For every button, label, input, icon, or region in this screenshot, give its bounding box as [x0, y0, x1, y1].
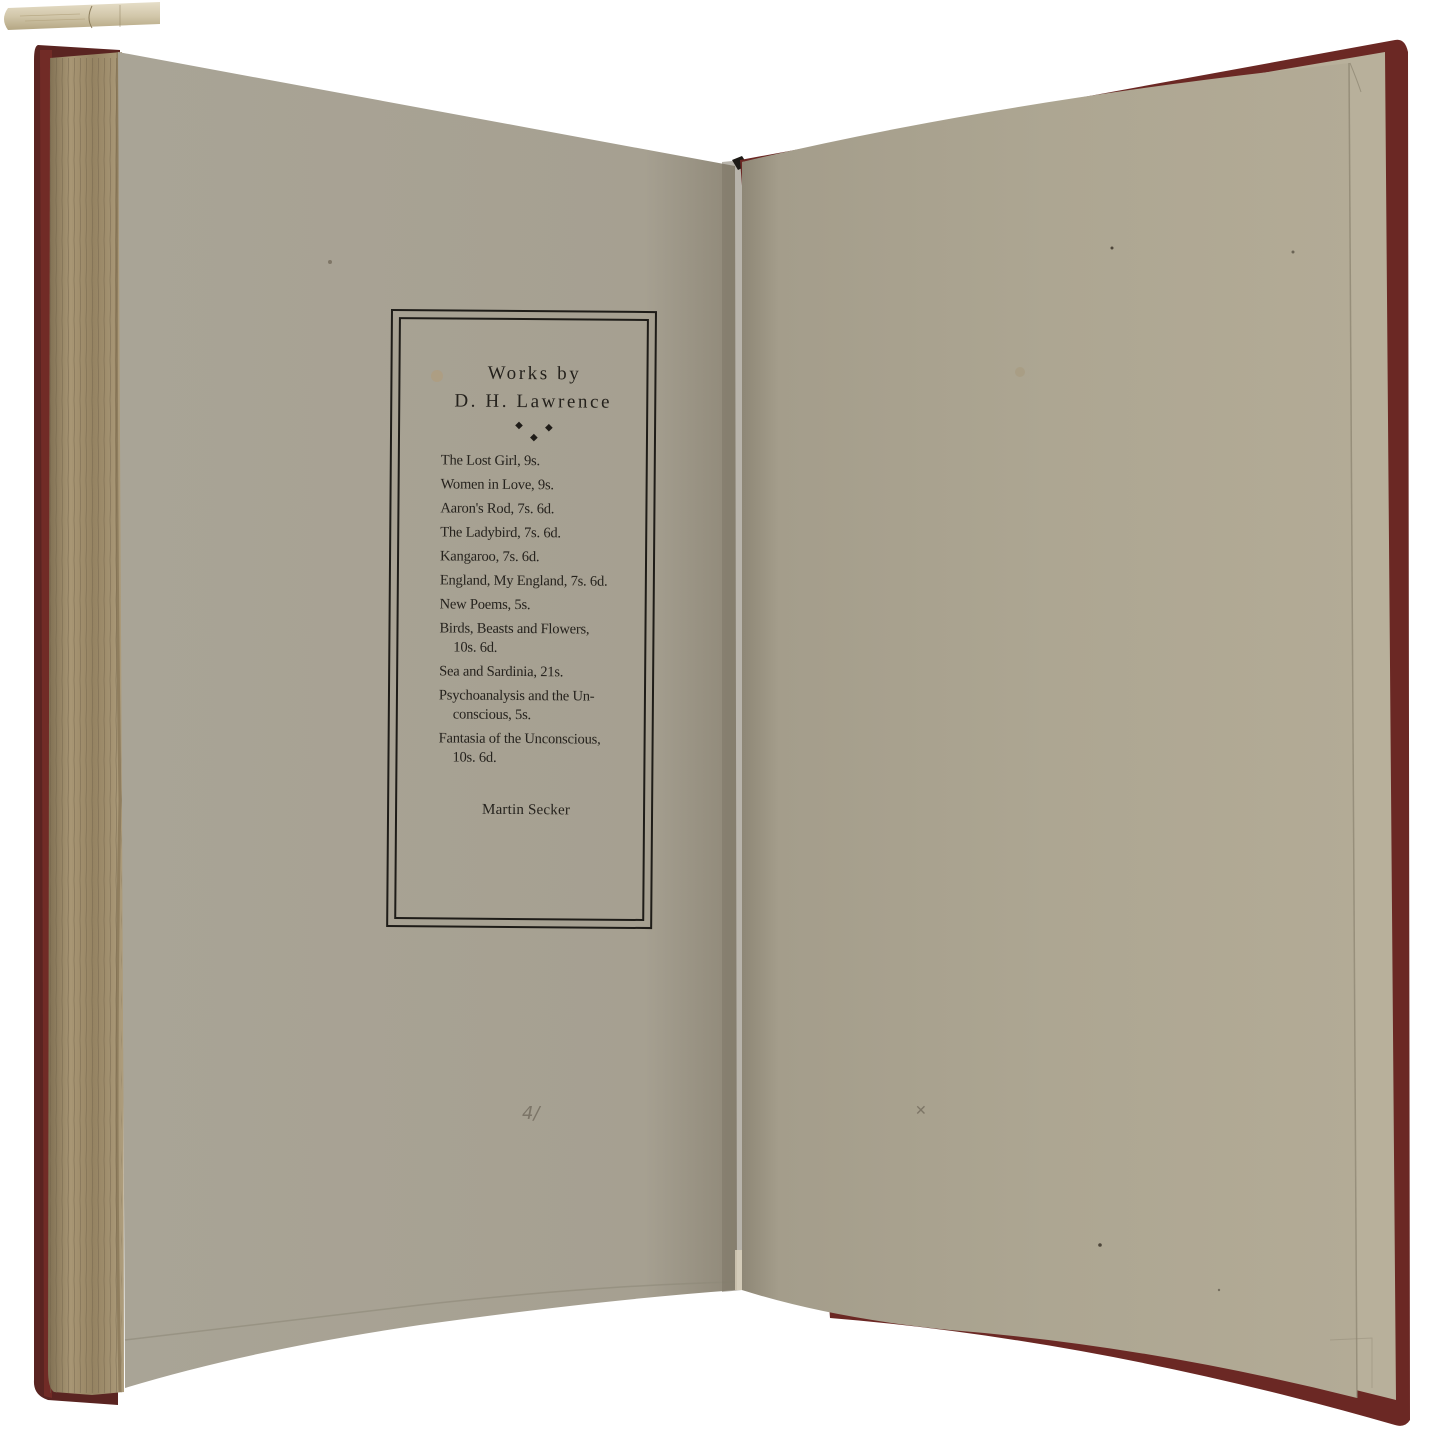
list-item: Kangaroo, 7s. 6d. — [440, 547, 645, 568]
diamond-icon: ◆ — [530, 432, 538, 443]
panel-heading: Works by D. H. Lawrence — [400, 359, 646, 417]
book-illustration — [0, 0, 1445, 1445]
list-item: England, My England, 7s. 6d. — [440, 571, 645, 592]
works-by-panel: Works by D. H. Lawrence ◆ ◆ ◆ The Lost G… — [386, 309, 657, 929]
list-item: Fantasia of the Unconscious,10s. 6d. — [438, 729, 643, 769]
pencil-mark-left: 4/ — [522, 1103, 540, 1124]
wooden-bookmark — [0, 0, 160, 34]
diamond-icon: ◆ — [515, 420, 523, 431]
list-item: Psychoanalysis and the Un-conscious, 5s. — [439, 686, 644, 726]
list-item: New Poems, 5s. — [440, 595, 645, 616]
heading-author: D. H. Lawrence — [400, 387, 646, 417]
list-item: Aaron's Rod, 7s. 6d. — [440, 499, 645, 520]
works-list: The Lost Girl, 9s. Women in Love, 9s. Aa… — [397, 451, 645, 769]
publisher-name: Martin Secker — [397, 801, 643, 820]
list-item: Sea and Sardinia, 21s. — [439, 662, 644, 683]
diamond-icon: ◆ — [545, 422, 553, 433]
pencil-mark-right: ✕ — [915, 1103, 927, 1119]
heading-works-by: Works by — [400, 359, 646, 389]
list-item: Women in Love, 9s. — [441, 475, 646, 496]
list-item: The Lost Girl, 9s. — [441, 451, 646, 472]
open-book-photo: Works by D. H. Lawrence ◆ ◆ ◆ The Lost G… — [0, 0, 1445, 1445]
list-item: Birds, Beasts and Flowers,10s. 6d. — [439, 619, 644, 659]
list-item: The Ladybird, 7s. 6d. — [440, 523, 645, 544]
ornament-fleurons: ◆ ◆ ◆ — [400, 417, 646, 445]
right-page — [742, 63, 1357, 1398]
panel-content: Works by D. H. Lawrence ◆ ◆ ◆ The Lost G… — [397, 359, 647, 820]
